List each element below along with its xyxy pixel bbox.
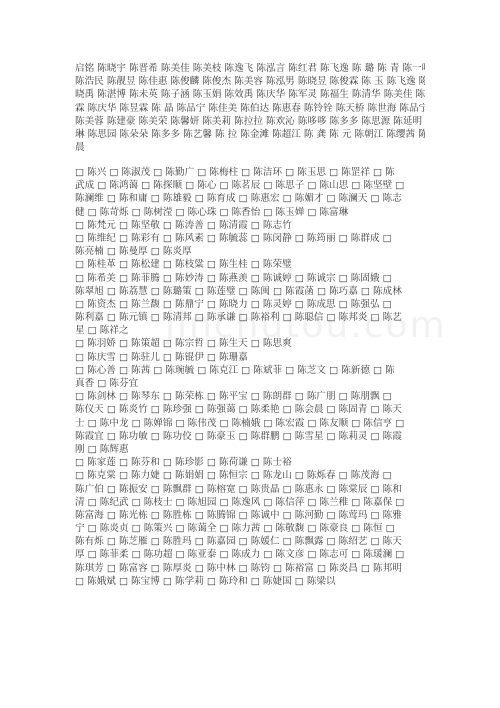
text-line: □ 陈庆雪 □ 陈驻儿 □ 陈锟伊 □ 陈珊嘉 — [75, 351, 425, 364]
text-line: 霖 陈庆华 陈昱霖 陈 晶 陈品宁 陈佳美 陈伯达 陈惠春 陈铃铨 陈天桥 陈世… — [75, 102, 425, 115]
names-paragraph-1: 启铭 陈晓宇 陈晋希 陈美佳 陈美枝 陈逸飞 陈泓言 陈红君 陈飞逸 陈 璐 陈… — [75, 62, 425, 154]
text-line: 陈仪天 □ 陈炎竹 □ 陈珍强 □ 陈强蔼 □ 陈柔艳 □ 陈会晨 □ 陈固青 … — [75, 403, 425, 416]
text-line: 陈霞宜 □ 陈功敏 □ 陈功佼 □ 陈豪玉 □ 陈群鹏 □ 陈雪星 □ 陈莉灵 … — [75, 430, 425, 443]
text-line: □ 陈桂革 □ 陈松建 □ 陈枝粱 □ 陈生桂 □ 陈荣璧 — [75, 258, 425, 271]
text-line: 琳 陈思园 陈朵朵 陈多多 陈艺馨 陈 拉 陈金滩 陈超江 陈 龚 陈 元 陈朝… — [75, 128, 425, 141]
names-paragraph-2: □ 陈兴 □ 陈淑茂 □ 陈勤广 □ 陈梅柱 □ 陈洁环 □ 陈玉思 □ 陈罡祥… — [75, 166, 425, 588]
text-line: □ 陈剑林 □ 陈琴东 □ 陈荣栋 □ 陈平宝 □ 陈朗群 □ 陈广朋 □ 陈朋… — [75, 390, 425, 403]
text-line: 陈琪芳 □ 陈富容 □ 陈厚炎 □ 陈中林 □ 陈钧 □ 陈裕富 □ 陈炎昌 □… — [75, 562, 425, 575]
text-line: □ 陈家莲 □ 陈芬和 □ 陈珍影 □ 陈荷谦 □ 陈士裕 — [75, 456, 425, 469]
text-line: □ 陈羽娇 □ 陈策超 □ 陈宗哲 □ 陈生天 □ 陈思爽 — [75, 337, 425, 350]
text-line: □ 陈娥斌 □ 陈宝博 □ 陈学莉 □ 陈玲和 □ 陈婕国 □ 陈梁以 — [75, 575, 425, 588]
text-line: 刚 □ 陈辉惠 — [75, 443, 425, 456]
text-line: 陈美蓉 陈建豪 陈美荣 陈馨妍 陈美莉 陈拉拉 陈欢沁 陈哆哆 陈多多 陈思源 … — [75, 115, 425, 128]
text-line: 陈亮楠 □ 陈曼厚 □ 陈炎厚 — [75, 245, 425, 258]
text-line: 士 □ 陈中龙 □ 陈婵锦 □ 陈伟茂 □ 陈楠娥 □ 陈宏霞 □ 陈友顺 □ … — [75, 417, 425, 430]
text-line: □ 陈维纪 □ 陈彩有 □ 陈风素 □ 陈毓蕊 □ 陈闵静 □ 陈筠丽 □ 陈群… — [75, 232, 425, 245]
text-line: □ 陈克棠 □ 陈力婕 □ 陈娟娟 □ 陈恒宗 □ 陈龙山 □ 陈烁春 □ 陈茂… — [75, 469, 425, 482]
text-line: 星 □ 陈祥之 — [75, 324, 425, 337]
text-line: 陈翠旭 □ 陈荔慧 □ 陈璐策 □ 陈莲璧 □ 陈闽 □ 陈霞菡 □ 陈巧嘉 □… — [75, 285, 425, 298]
text-line: 清 □ 陈纪武 □ 陈枝士 □ 陈旭园 □ 陈逸风 □ 陈信萍 □ 陈兰稚 □ … — [75, 496, 425, 509]
text-line: □ 陈梵元 □ 陈坚敬 □ 陈涛善 □ 陈清霞 □ 陈志竹 — [75, 219, 425, 232]
text-line: 晨 — [75, 141, 425, 154]
text-line: 健 □ 陈苛烁 □ 陈树滢 □ 陈心珠 □ 陈香怡 □ 陈玉婵 □ 陈富琳 — [75, 206, 425, 219]
text-line: 真香 □ 陈芬宜 — [75, 377, 425, 390]
text-line: 陈利嘉 □ 陈元镇 □ 陈清邦 □ 陈承谦 □ 陈裕利 □ 陈聪信 □ 陈邦炎 … — [75, 311, 425, 324]
text-line: 陈有烁 □ 陈芝雁 □ 陈胜玛 □ 陈嘉园 □ 陈媛仁 □ 陈飘露 □ 陈绍艺 … — [75, 535, 425, 548]
text-line: 陈广伯 □ 陈振安 □ 陈飘群 □ 陈榕宽 □ 陈贵晶 □ 陈惠永 □ 陈棠辰 … — [75, 483, 425, 496]
text-line: □ 陈心善 □ 陈茜 □ 陈琬毓 □ 陈克江 □ 陈斌菲 □ 陈芝文 □ 陈新德… — [75, 364, 425, 377]
text-line: 陈富海 □ 陈光栋 □ 陈胜栋 □ 陈腾锦 □ 陈诚中 □ 陈河勤 □ 陈莺玛 … — [75, 509, 425, 522]
document-page: 启铭 陈晓宇 陈晋希 陈美佳 陈美枝 陈逸飞 陈泓言 陈红君 陈飞逸 陈 璐 陈… — [0, 0, 500, 708]
text-line: 启铭 陈晓宇 陈晋希 陈美佳 陈美枝 陈逸飞 陈泓言 陈红君 陈飞逸 陈 璐 陈… — [75, 62, 425, 75]
text-line: 厚 □ 陈菲柔 □ 陈功超 □ 陈亚泰 □ 陈成力 □ 陈文彦 □ 陈志可 □ … — [75, 548, 425, 561]
text-line: □ 陈兴 □ 陈淑茂 □ 陈勤广 □ 陈梅柱 □ 陈洁环 □ 陈玉思 □ 陈罡祥… — [75, 166, 425, 179]
text-line: 晓禹 陈湛博 陈未英 陈子涵 陈玉娟 陈效禹 陈庆华 陈军灵 陈福生 陈清华 陈… — [75, 88, 425, 101]
text-line: 武成 □ 陈鸿蔼 □ 陈探顺 □ 陈心 □ 陈茗辰 □ 陈思子 □ 陈山思 □ … — [75, 179, 425, 192]
text-line: 宁 □ 陈炎贞 □ 陈策兴 □ 陈蔼全 □ 陈力茜 □ 陈敬馥 □ 陈豪良 □ … — [75, 522, 425, 535]
text-line: 陈澜维 □ 陈和庸 □ 陈雄毅 □ 陈育成 □ 陈惠宏 □ 陈媚才 □ 陈澜天 … — [75, 192, 425, 205]
text-line: □ 陈资杰 □ 陈兰馥 □ 陈鼎宁 □ 陈晓力 □ 陈灵婷 □ 陈成思 □ 陈强… — [75, 298, 425, 311]
text-line: 陈浩民 陈靓昱 陈佳惠 陈俊麟 陈俊杰 陈美容 陈泓男 陈晓昱 陈俊霖 陈 玉 … — [75, 75, 425, 88]
text-line: □ 陈希美 □ 陈菲腾 □ 陈妙涛 □ 陈燕羡 □ 陈诚婷 □ 陈诚宗 □ 陈固… — [75, 272, 425, 285]
